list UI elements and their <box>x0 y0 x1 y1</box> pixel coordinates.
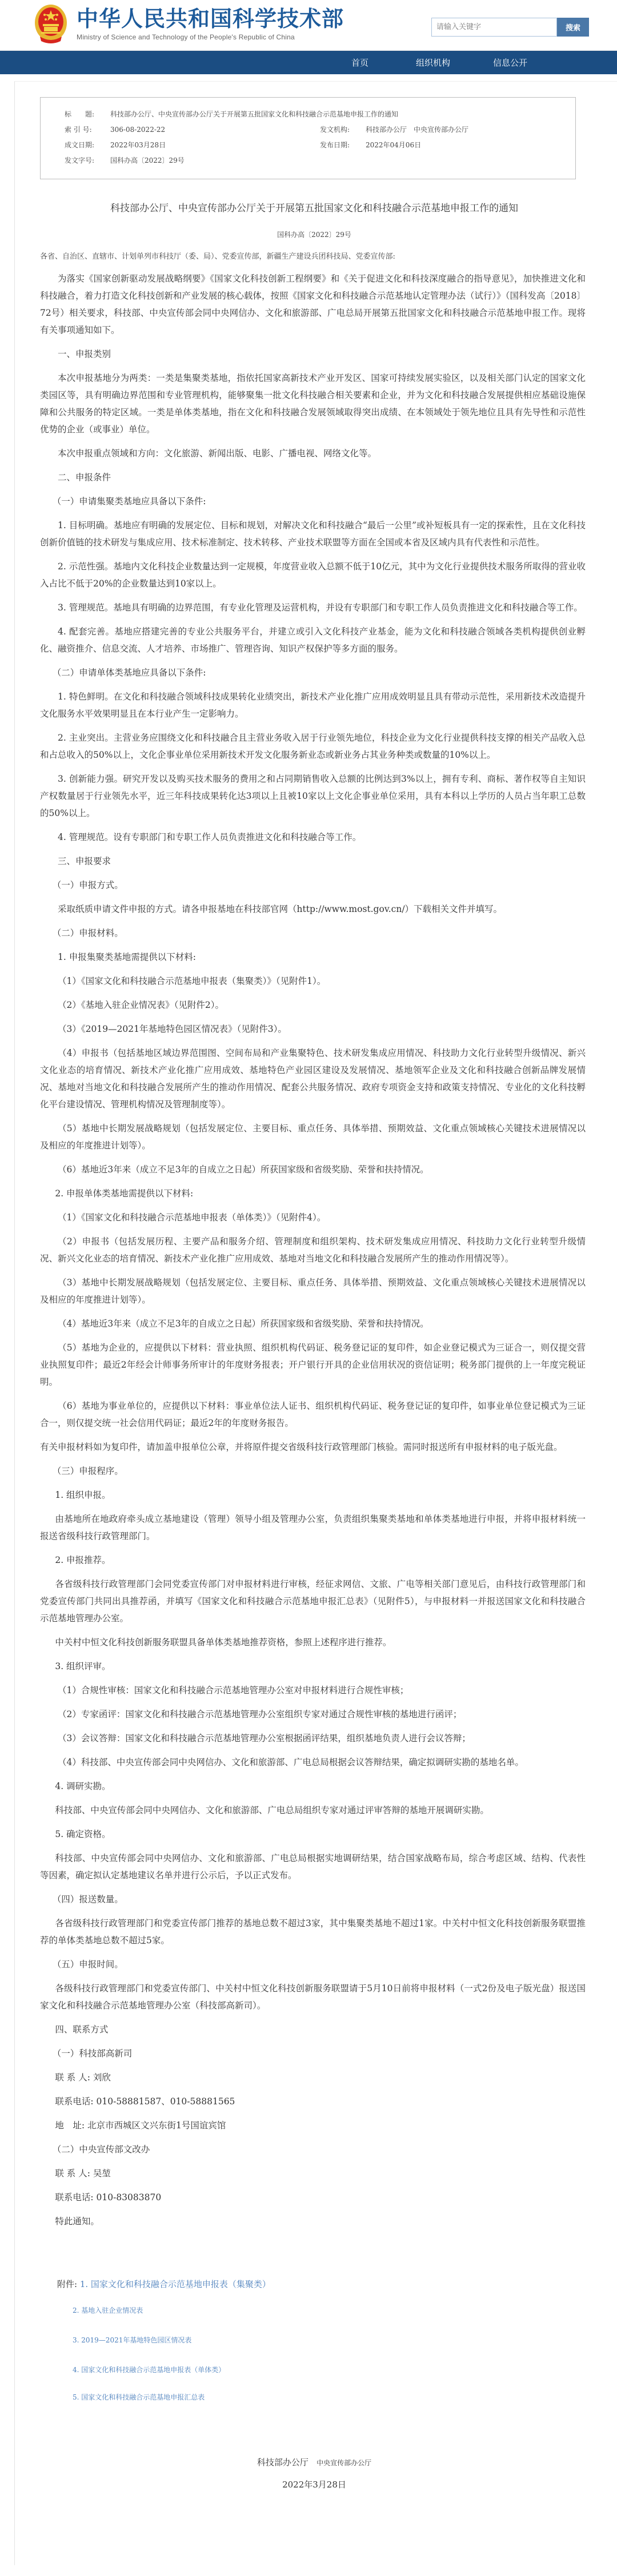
item-heading: 2. 申报单体类基地需提供以下材料: <box>40 1185 586 1202</box>
meta-created-value: 2022年03月28日 <box>110 138 320 153</box>
paragraph: 有关申报材料如为复印件，请加盖申报单位公章，并将原件提交省级科技行政管理部门核验… <box>40 1438 586 1456</box>
search-button[interactable]: 搜索 <box>557 18 589 37</box>
signature-org-1: 科技部办公厅 <box>257 2457 308 2468</box>
list-item: （3）基地中长期发展战略规划（包括发展定位、主要目标、重点任务、具体举措、预期效… <box>40 1274 586 1308</box>
paragraph: 4. 配套完善。基地应搭建完善的专业公共服务平台，并建立或引入文化科技产业基金，… <box>40 623 586 657</box>
meta-issuer-value: 科技部办公厅 中央宣传部办公厅 <box>366 122 575 138</box>
meta-title-label: 标 题: <box>65 107 110 122</box>
document-number: 国科办高〔2022〕29号 <box>40 230 588 239</box>
section-2-heading: 二、申报条件 <box>40 469 586 486</box>
document-metadata: 标 题: 科技部办公厅、中央宣传部办公厅关于开展第五批国家文化和科技融合示范基地… <box>40 97 576 179</box>
addressee: 各省、自治区、直辖市、计划单列市科技厅（委、局）、党委宣传部，新疆生产建设兵团科… <box>40 251 586 263</box>
paragraph: 科技部、中央宣传部会同中央网信办、文化和旅游部、广电总局组织专家对通过评审答辩的… <box>40 1802 586 1819</box>
list-item: （4）基地近3年来（成立不足3年的自成立之日起）所获国家级和省级奖励、荣誉和扶持… <box>40 1315 586 1332</box>
attachment-link-1[interactable]: 1. 国家文化和科技融合示范基地申报表（集聚类） <box>80 2279 271 2289</box>
meta-docno-value: 国科办高〔2022〕29号 <box>110 153 575 168</box>
search-input[interactable] <box>431 18 557 37</box>
contact-phone: 联系电话: 010-83083870 <box>40 2189 586 2206</box>
paragraph: 2. 主业突出。主营业务应围绕文化和科技融合且主营业务收入居于行业领先地位，科技… <box>40 729 586 763</box>
paragraph: 本次申报重点领域和方向：文化旅游、新闻出版、电影、广播电视、网络文化等。 <box>40 445 586 462</box>
meta-created-label: 成文日期: <box>65 138 110 153</box>
attachment-link-4[interactable]: 4. 国家文化和科技融合示范基地申报表（单体类） <box>73 2366 225 2374</box>
subsection-heading: （一）申请集聚类基地应具备以下条件: <box>40 493 586 510</box>
search-bar: 搜索 <box>431 18 589 37</box>
nav-item-info-disclosure[interactable]: 信息公开 <box>493 51 527 75</box>
list-item: （1）《国家文化和科技融合示范基地申报表（集聚类）》（见附件1）。 <box>40 972 586 990</box>
site-logo[interactable]: 中华人民共和国科学技术部 Ministry of Science and Tec… <box>33 3 344 45</box>
list-item: （2）专家函评：国家文化和科技融合示范基地管理办公室组织专家对通过合规性审核的基… <box>40 1706 586 1723</box>
document-body: 科技部办公厅、中央宣传部办公厅关于开展第五批国家文化和科技融合示范基地申报工作的… <box>40 200 586 2490</box>
subsection-heading: （四）报送数量。 <box>40 1891 586 1908</box>
subsection-heading: （一）申报方式。 <box>40 877 586 894</box>
meta-docno-label: 发文字号: <box>65 153 110 168</box>
paragraph: 本次申报基地分为两类：一类是集聚类基地，指依托国家高新技术产业开发区、国家可持续… <box>40 369 586 438</box>
list-item: （3）会议答辩：国家文化和科技融合示范基地管理办公室根据函评结果，组织基地负责人… <box>40 1730 586 1747</box>
list-item: （6）基地为事业单位的，应提供以下材料：事业单位法人证书、组织机构代码证、税务登… <box>40 1397 586 1432</box>
meta-published-value: 2022年04月06日 <box>366 138 575 153</box>
attachments: 附件: 1. 国家文化和科技融合示范基地申报表（集聚类） 2. 基地入驻企业情况… <box>40 2276 586 2405</box>
subsection-heading: （二）申报材料。 <box>40 925 586 942</box>
paragraph: 3. 管理规范。基地具有明确的边界范围，有专业化管理及运营机构，并设有专职部门和… <box>40 599 586 616</box>
meta-issuer-label: 发文机构: <box>320 122 366 138</box>
nav-item-home[interactable]: 首页 <box>351 51 368 75</box>
subsection-heading: （三）申报程序。 <box>40 1462 586 1480</box>
site-title-cn: 中华人民共和国科学技术部 <box>77 6 344 31</box>
meta-published-label: 发布日期: <box>320 138 366 153</box>
signature-date: 2022年3月28日 <box>40 2478 588 2490</box>
meta-index-label: 索 引 号: <box>65 122 110 138</box>
item-heading: 1. 申报集聚类基地需提供以下材料: <box>40 949 586 966</box>
item-heading: 1. 组织申报。 <box>40 1486 586 1504</box>
meta-title-value: 科技部办公厅、中央宣传部办公厅关于开展第五批国家文化和科技融合示范基地申报工作的… <box>110 107 575 122</box>
paragraph: 科技部、中央宣传部会同中央网信办、文化和旅游部、广电总局根据实地调研结果，结合国… <box>40 1850 586 1884</box>
paragraph: 各级科技行政管理部门和党委宣传部门、中关村中恒文化科技创新服务联盟请于5月10日… <box>40 1980 586 2014</box>
list-item: （5）基地为企业的，应提供以下材料：营业执照、组织机构代码证、税务登记证的复印件… <box>40 1339 586 1391</box>
subsection-heading: （五）申报时间。 <box>40 1956 586 1973</box>
list-item: （1）《国家文化和科技融合示范基地申报表（单体类）》（见附件4）。 <box>40 1209 586 1226</box>
intro-paragraph: 为落实《国家创新驱动发展战略纲要》《国家文化科技创新工程纲要》和《关于促进文化和… <box>40 270 586 339</box>
list-item: （4）申报书（包括基地区域边界范围图、空间布局和产业集聚特色、技术研发集成应用情… <box>40 1044 586 1113</box>
contact-address: 地 址: 北京市西城区文兴东街1号国谊宾馆 <box>40 2117 586 2134</box>
paragraph: 2. 示范性强。基地内文化科技企业数量达到一定规模，年度营业收入总额不低于10亿… <box>40 558 586 592</box>
attachment-link-2[interactable]: 2. 基地入驻企业情况表 <box>73 2306 143 2314</box>
site-title-en: Ministry of Science and Technology of th… <box>77 33 344 42</box>
list-item: （4）科技部、中央宣传部会同中央网信办、文化和旅游部、广电总局根据会议答辩结果，… <box>40 1754 586 1771</box>
contact-person: 联 系 人: 刘欣 <box>40 2069 586 2086</box>
list-item: （1）合规性审核：国家文化和科技融合示范基地管理办公室对申报材料进行合规性审核； <box>40 1682 586 1699</box>
site-header: 中华人民共和国科学技术部 Ministry of Science and Tec… <box>0 0 617 50</box>
attachments-label: 附件: <box>57 2279 77 2289</box>
list-item: （6）基地近3年来（成立不足3年的自成立之日起）所获国家级和省级奖励、荣誉和扶持… <box>40 1161 586 1178</box>
paragraph: 4. 管理规范。设有专职部门和专职工作人员负责推进文化和科技融合等工作。 <box>40 829 586 846</box>
paragraph: 各省级科技行政管理部门会同党委宣传部门对申报材料进行审核，经征求网信、文旅、广电… <box>40 1576 586 1627</box>
signature-block: 科技部办公厅 中央宣传部办公厅 2022年3月28日 <box>40 2456 588 2490</box>
closing-text: 特此通知。 <box>40 2213 586 2230</box>
item-heading: 2. 申报推荐。 <box>40 1552 586 1569</box>
paragraph: 采取纸质申请文件申报的方式。请各申报基地在科技部官网（http://www.mo… <box>40 901 586 918</box>
national-emblem-icon <box>33 3 69 45</box>
contact-person: 联 系 人: 吴堃 <box>40 2165 586 2182</box>
main-nav: 首页 组织机构 信息公开 <box>0 50 617 74</box>
subsection-heading: （二）中央宣传部文改办 <box>40 2141 586 2158</box>
paragraph: 由基地所在地政府牵头成立基地建设（管理）领导小组及管理办公室，负责组织集聚类基地… <box>40 1510 586 1545</box>
document-title: 科技部办公厅、中央宣传部办公厅关于开展第五批国家文化和科技融合示范基地申报工作的… <box>40 200 588 217</box>
item-heading: 3. 组织评审。 <box>40 1658 586 1675</box>
list-item: （2）申报书（包括发展历程、主要产品和服务介绍、管理制度和组织架构、技术研发集成… <box>40 1233 586 1267</box>
paragraph: 各省级科技行政管理部门和党委宣传部门推荐的基地总数不超过3家，其中集聚类基地不超… <box>40 1915 586 1949</box>
section-1-heading: 一、申报类别 <box>40 345 586 363</box>
meta-index-value: 306-08-2022-22 <box>110 122 320 138</box>
contact-phone: 联系电话: 010-58881587、010-58881565 <box>40 2093 586 2110</box>
content-container: 标 题: 科技部办公厅、中央宣传部办公厅关于开展第五批国家文化和科技融合示范基地… <box>14 81 617 2565</box>
list-item: （2）《基地入驻企业情况表》（见附件2）。 <box>40 996 586 1014</box>
paragraph: 3. 创新能力强。研究开发以及购买技术服务的费用之和占同期销售收入总额的比例达到… <box>40 770 586 822</box>
paragraph: 1. 目标明确。基地应有明确的发展定位、目标和规划，对解决文化和科技融合“最后一… <box>40 517 586 551</box>
paragraph: 1. 特色鲜明。在文化和科技融合领域科技成果转化业绩突出，新技术产业化推广应用成… <box>40 688 586 722</box>
item-heading: 4. 调研实勘。 <box>40 1778 586 1795</box>
section-4-heading: 四、联系方式 <box>40 2021 586 2038</box>
signature-org-2: 中央宣传部办公厅 <box>316 2459 371 2467</box>
subsection-heading: （一）科技部高新司 <box>40 2045 586 2062</box>
paragraph: 中关村中恒文化科技创新服务联盟具备单体类基地推荐资格，参照上述程序进行推荐。 <box>40 1634 586 1651</box>
section-3-heading: 三、申报要求 <box>40 853 586 870</box>
nav-item-organization[interactable]: 组织机构 <box>416 51 450 75</box>
list-item: （5）基地中长期发展战略规划（包括发展定位、主要目标、重点任务、具体举措、预期效… <box>40 1120 586 1154</box>
item-heading: 5. 确定资格。 <box>40 1826 586 1843</box>
attachment-link-5[interactable]: 5. 国家文化和科技融合示范基地申报汇总表 <box>73 2393 205 2401</box>
list-item: （3）《2019—2021年基地特色园区情况表》（见附件3）。 <box>40 1020 586 1038</box>
subsection-heading: （二）申请单体类基地应具备以下条件: <box>40 664 586 681</box>
attachment-link-3[interactable]: 3. 2019—2021年基地特色园区情况表 <box>73 2336 191 2344</box>
